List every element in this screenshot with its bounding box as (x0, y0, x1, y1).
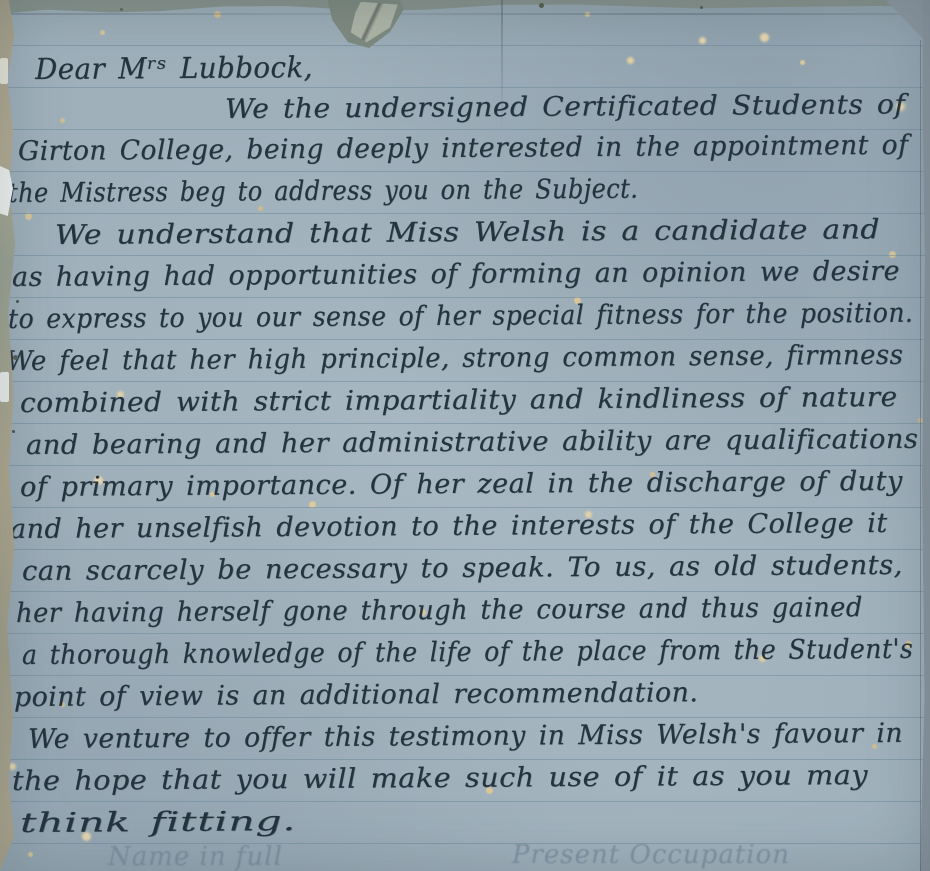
handwriting-line: her having herself gone through the cour… (16, 592, 863, 629)
handwriting-line: We feel that her high principle, strong … (6, 340, 903, 377)
pencil-heading-name: Name in full (108, 842, 283, 871)
pencil-heading-occupation: Present Occupation (512, 840, 790, 870)
handwriting-line: the hope that you will make such use of … (12, 760, 868, 797)
handwriting-line: and her unselfish devotion to the intere… (10, 508, 888, 545)
handwriting-line: a thorough knowledge of the life of the … (22, 634, 913, 671)
handwriting-line: Girton College, being deeply interested … (18, 130, 909, 167)
handwriting-line: and bearing and her administrative abili… (26, 424, 919, 461)
page-edge-right-line (920, 40, 921, 871)
handwriting-line: can scarcely be necessary to speak. To u… (22, 550, 903, 587)
handwriting-line: point of view is an additional recommend… (14, 677, 698, 713)
torn-gap-white (0, 372, 9, 402)
dark-specks (0, 0, 3, 3)
handwriting-line: to express to you our sense of her speci… (8, 298, 914, 335)
handwriting-line: Dear Mʳˢ Lubbock, (35, 50, 313, 86)
handwriting-line: We the undersigned Certificated Students… (225, 89, 905, 125)
handwriting-line: combined with strict impartiality and ki… (20, 382, 898, 419)
handwriting-line: think fitting. (20, 806, 296, 839)
vertical-crease (501, 0, 503, 135)
handwriting-line: We venture to offer this testimony in Mi… (28, 718, 903, 755)
letter-page: Dear Mʳˢ Lubbock,We the undersigned Cert… (0, 0, 930, 871)
handwriting-line: the Mistress beg to address you on the S… (8, 174, 638, 209)
torn-gap-white (0, 58, 8, 84)
handwriting-line: as having had opportunities of forming a… (12, 256, 900, 293)
top-crease (0, 13, 930, 15)
handwriting-line: of primary importance. Of her zeal in th… (20, 466, 903, 503)
handwriting-line: We understand that Miss Welsh is a candi… (55, 214, 880, 251)
